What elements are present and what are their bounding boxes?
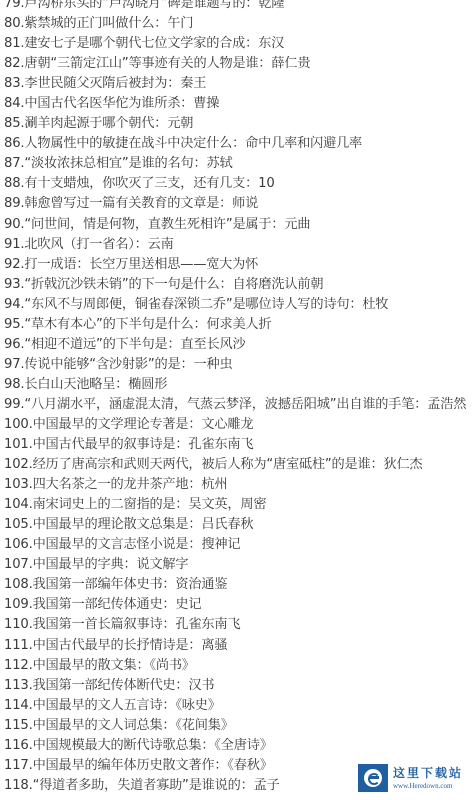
quiz-line-111: 111.中国古代最早的长抒情诗是：离骚 (4, 636, 475, 656)
quiz-line-93: 93.“折戟沉沙铁未销”的下一句是什么：自将磨洗认前朝 (4, 275, 475, 295)
quiz-line-82: 82.唐朝“三箭定江山”等事迹有关的人物是谁：薛仁贵 (4, 54, 475, 74)
quiz-line-106: 106.中国最早的文言志怪小说是：搜神记 (4, 535, 475, 555)
quiz-line-96: 96.“相迎不道远”的下半句是：直至长风沙 (4, 335, 475, 355)
quiz-line-89: 89.韩愈曾写过一篇有关教育的文章是：师说 (4, 194, 475, 214)
quiz-line-116: 116.中国规模最大的断代诗歌总集：《全唐诗》 (4, 736, 475, 756)
watermark-text: 这里下载站 www.Heredown.com (393, 766, 463, 791)
quiz-line-104: 104.南宋词史上的二窗指的是：吴文英，周密 (4, 495, 475, 515)
watermark-title: 这里下载站 (393, 766, 463, 781)
quiz-line-98: 98.长白山天池略呈：椭圆形 (4, 375, 475, 395)
quiz-line-113: 113.我国第一部纪传体断代史：汉书 (4, 676, 475, 696)
quiz-line-94: 94.“东风不与周郎便，铜雀春深锁二乔”是哪位诗人写的诗句：杜牧 (4, 295, 475, 315)
quiz-line-108: 108.我国第一部编年体史书：资治通鉴 (4, 575, 475, 595)
quiz-line-114: 114.中国最早的文人五言诗：《咏史》 (4, 696, 475, 716)
quiz-line-95: 95.“草木有本心”的下半句是什么：何求美人折 (4, 315, 475, 335)
quiz-line-85: 85.涮羊肉起源于哪个朝代：元朝 (4, 114, 475, 134)
watermark-url: www.Heredown.com (393, 781, 463, 791)
quiz-line-105: 105.中国最早的理论散文总集是：吕氏春秋 (4, 515, 475, 535)
e-logo-icon (358, 764, 388, 792)
quiz-line-115: 115.中国最早的文人词总集：《花间集》 (4, 716, 475, 736)
quiz-line-107: 107.中国最早的字典：说文解字 (4, 555, 475, 575)
quiz-line-86: 86.人物属性中的敏捷在战斗中决定什么：命中几率和闪避几率 (4, 134, 475, 154)
quiz-line-87: 87.“淡妆浓抹总相宜”是谁的名句：苏轼 (4, 154, 475, 174)
quiz-line-110: 110.我国第一首长篇叙事诗：孔雀东南飞 (4, 615, 475, 635)
quiz-line-90: 90.“问世间，情是何物，直教生死相许”是属于：元曲 (4, 215, 475, 235)
quiz-line-102: 102.经历了唐高宗和武则天两代，被后人称为“唐室砥柱”的是谁：狄仁杰 (4, 455, 475, 475)
quiz-line-81: 81.建安七子是哪个朝代七位文学家的合成：东汉 (4, 34, 475, 54)
quiz-line-79: 79.卢沟桥东头的“卢沟晓月”碑是谁题写的：乾隆 (4, 0, 475, 14)
quiz-line-92: 92.打一成语：长空万里送相思——宽大为怀 (4, 255, 475, 275)
quiz-line-88: 88.有十支蜡烛，你吹灭了三支，还有几支：10 (4, 174, 475, 194)
quiz-line-109: 109.我国第一部纪传体通史：史记 (4, 595, 475, 615)
watermark-logo: 这里下载站 www.Heredown.com (358, 761, 474, 795)
quiz-line-112: 112.中国最早的散文集：《尚书》 (4, 656, 475, 676)
quiz-line-80: 80.紫禁城的正门叫做什么：午门 (4, 14, 475, 34)
quiz-document: 79.卢沟桥东头的“卢沟晓月”碑是谁题写的：乾隆 80.紫禁城的正门叫做什么：午… (4, 0, 475, 796)
quiz-line-99: 99.“八月湖水平，涵虚混太清，气蒸云梦泽，波撼岳阳城”出自谁的手笔：孟浩然 (4, 395, 475, 415)
quiz-line-101: 101.中国古代最早的叙事诗是：孔雀东南飞 (4, 435, 475, 455)
quiz-line-103: 103.四大名茶之一的龙井茶产地：杭州 (4, 475, 475, 495)
quiz-line-84: 84.中国古代名医华佗为谁所杀：曹操 (4, 94, 475, 114)
quiz-line-91: 91.北吹风（打一省名）：云南 (4, 235, 475, 255)
quiz-line-83: 83.李世民随父灭隋后被封为：秦王 (4, 74, 475, 94)
quiz-line-100: 100.中国最早的文学理论专著是：文心雕龙 (4, 415, 475, 435)
quiz-line-97: 97.传说中能够“含沙射影”的是：一种虫 (4, 355, 475, 375)
